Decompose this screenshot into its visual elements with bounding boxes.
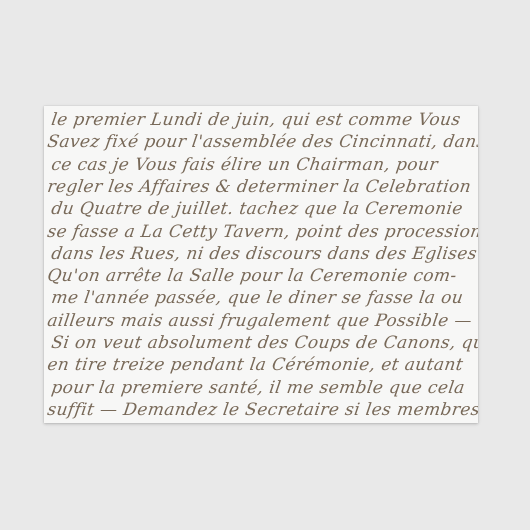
handwritten-line: ailleurs mais aussi frugalement que Poss…	[46, 311, 478, 331]
handwritten-line: le premier Lundi de juin, qui est comme …	[50, 110, 478, 130]
handwritten-line: du Quatre de juillet. tachez que la Cere…	[50, 199, 478, 219]
handwritten-line: dans les Rues, ni des discours dans des …	[50, 244, 478, 264]
handwritten-line: Si on veut absolument des Coups de Canon…	[50, 333, 478, 353]
handwritten-line: ce cas je Vous fais élire un Chairman, p…	[50, 155, 478, 175]
handwritten-line: Savez fixé pour l'assemblée des Cincinna…	[46, 132, 478, 152]
handwritten-line: pour la premiere santé, il me semble que…	[50, 378, 478, 398]
handwritten-line: me l'année passée, que le diner se fasse…	[50, 288, 478, 308]
handwritten-line: se fasse a La Cetty Tavern, point des pr…	[46, 222, 478, 242]
handwritten-line: regler les Affaires & determiner la Cele…	[46, 177, 478, 197]
handwritten-line: suffit — Demandez le Secretaire si les m…	[46, 400, 478, 420]
handwritten-line: en tire treize pendant la Cérémonie, et …	[46, 355, 478, 375]
handwritten-line: Qu'on arrête la Salle pour la Ceremonie …	[46, 266, 478, 286]
handwritten-letter-card: le premier Lundi de juin, qui est comme …	[44, 106, 478, 423]
